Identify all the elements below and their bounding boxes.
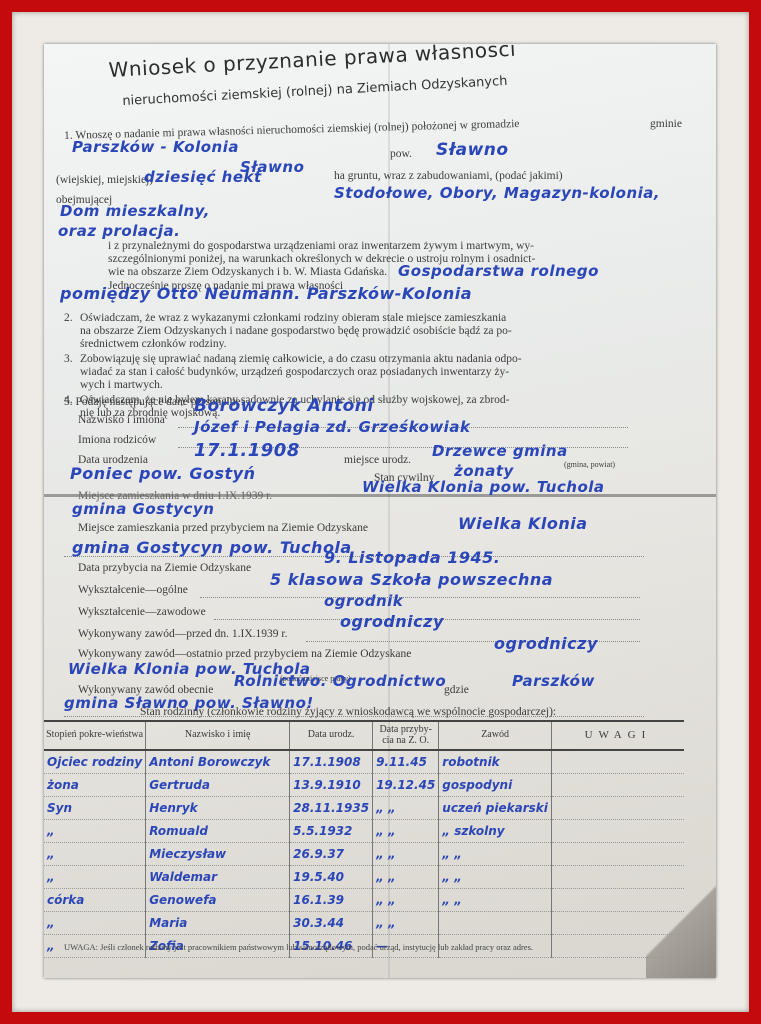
gminie-label: gminie xyxy=(650,118,682,130)
job-1939-label: Wykonywany zawód—przed dn. 1.IX.1939 r. xyxy=(78,628,287,640)
job-1939-value: ogrodniczy xyxy=(340,612,444,631)
family-cell xyxy=(551,797,684,820)
gdzie-value: Parszków xyxy=(512,672,595,690)
birth-date-value: 17.1.1908 xyxy=(194,440,300,461)
family-cell xyxy=(551,912,684,935)
family-cell: 9.11.45 xyxy=(373,750,439,774)
family-cell: Romuald xyxy=(146,820,290,843)
declaration-line: wych i martwych. xyxy=(80,379,163,391)
buildings-value-2: Dom mieszkalny, xyxy=(60,202,210,220)
family-cell: 16.1.39 xyxy=(290,889,373,912)
family-member-row: SynHenryk28.11.1935„ „uczeń piekarski xyxy=(44,797,684,820)
buildings-value-1: Stodołowe, Obory, Magazyn-kolonia, xyxy=(334,184,660,202)
birth-place-value-2: Poniec pow. Gostyń xyxy=(70,464,255,483)
name-label: Nazwisko i imiona xyxy=(78,414,165,426)
family-cell: 30.3.44 xyxy=(290,912,373,935)
family-cell: „ „ xyxy=(439,843,552,866)
family-cell: córka xyxy=(44,889,146,912)
job-now-value: Rolnictwo. Ogrodnictwo xyxy=(234,672,446,690)
family-cell: „ xyxy=(44,843,146,866)
section1-para-3: wie na obszarze Ziem Odzyskanych i b. W.… xyxy=(108,266,387,278)
area-suffix: ha gruntu, wraz z zabudowaniami, (podać … xyxy=(334,170,563,182)
family-member-row: żonaGertruda13.9.191019.12.45gospodyni xyxy=(44,774,684,797)
pow-label: pow. xyxy=(390,148,412,160)
family-table-body: Ojciec rodzinyAntoni Borowczyk17.1.19089… xyxy=(44,750,684,958)
family-cell: „ „ xyxy=(373,866,439,889)
column-header: Stopień pokre-wieństwa xyxy=(44,721,146,750)
family-member-row: córkaGenowefa16.1.39„ „„ „ xyxy=(44,889,684,912)
column-header: Data urodz. xyxy=(290,721,373,750)
residence-before-value-2: gmina Gostycyn pow. Tuchola xyxy=(72,538,352,557)
family-cell xyxy=(551,889,684,912)
family-cell: Waldemar xyxy=(146,866,290,889)
birth-place-note: (gmina, powiat) xyxy=(564,460,615,469)
family-table-header: Stopień pokre-wieństwaNazwisko i imięDat… xyxy=(44,721,684,750)
residence-1939-value: Wielka Klonia pow. Tuchola xyxy=(362,478,605,496)
family-cell xyxy=(551,820,684,843)
family-cell xyxy=(439,912,552,935)
declaration-number: 3. xyxy=(64,353,73,365)
family-cell: „ „ xyxy=(373,889,439,912)
family-cell: Ojciec rodziny xyxy=(44,750,146,774)
family-member-row: „Romuald5.5.1932„ „„ szkolny xyxy=(44,820,684,843)
name-value: Borowczyk Antoni xyxy=(194,396,374,416)
family-cell xyxy=(551,866,684,889)
declaration-line: wiadać za stan i całość budynków, urządz… xyxy=(80,366,509,378)
family-cell: „ xyxy=(44,912,146,935)
family-cell: Maria xyxy=(146,912,290,935)
family-member-row: „Waldemar19.5.40„ „„ „ xyxy=(44,866,684,889)
extra-value-1: Gospodarstwa rolnego xyxy=(398,262,599,280)
declaration-line: średnictwem członków rodziny. xyxy=(80,338,226,350)
family-cell: robotnik xyxy=(439,750,552,774)
declaration-number: 2. xyxy=(64,312,73,324)
family-cell xyxy=(551,750,684,774)
family-cell: uczeń piekarski xyxy=(439,797,552,820)
section1-para-1: i z przynależnymi do gospodarstwa urządz… xyxy=(108,240,534,252)
family-cell: 19.12.45 xyxy=(373,774,439,797)
arrival-label: Data przybycia na Ziemie Odzyskane xyxy=(78,562,251,574)
arrival-value: 9. Listopada 1945. xyxy=(324,548,500,567)
parents-value: Józef i Pelagia zd. Grześkowiak xyxy=(194,418,470,436)
family-cell: „ „ xyxy=(373,912,439,935)
document-subtitle: nieruchomości ziemskiej (rolnej) na Ziem… xyxy=(122,74,508,109)
uwaga-note: UWAGA: Jeśli członek rodziny jest pracow… xyxy=(64,942,533,952)
family-cell: Mieczysław xyxy=(146,843,290,866)
family-cell: 19.5.40 xyxy=(290,866,373,889)
family-cell: gospodyni xyxy=(439,774,552,797)
edu-general-label: Wykształcenie—ogólne xyxy=(78,584,188,596)
declaration-line: na obszarze Ziem Odzyskanych i nadane go… xyxy=(80,325,512,337)
family-cell: 5.5.1932 xyxy=(290,820,373,843)
extra-value-2: pomiędzy Otto Neumann. Parszków-Kolonia xyxy=(60,284,472,303)
edu-prof-value: ogrodnik xyxy=(324,592,403,610)
family-cell: „ xyxy=(44,820,146,843)
family-cell: Antoni Borowczyk xyxy=(146,750,290,774)
family-cell: „ szkolny xyxy=(439,820,552,843)
birth-place-value: Drzewce gmina xyxy=(432,442,568,460)
gromada-value: Parszków - Kolonia xyxy=(72,138,239,156)
residence-before-label: Miejsce zamieszkania przed przybyciem na… xyxy=(78,522,368,534)
column-header: Zawód xyxy=(439,721,552,750)
job-last-value: ogrodniczy xyxy=(494,634,598,653)
family-cell: 13.9.1910 xyxy=(290,774,373,797)
edu-general-line xyxy=(200,597,640,598)
family-cell: Genowefa xyxy=(146,889,290,912)
declaration-line: Oświadczam, że wraz z wykazanymi członka… xyxy=(80,312,506,324)
family-cell: Gertruda xyxy=(146,774,290,797)
birth-place-label: miejsce urodz. xyxy=(344,454,411,466)
pow-value: Sławno xyxy=(436,140,509,160)
column-header: Nazwisko i imię xyxy=(146,721,290,750)
residence-1939-value-2: gmina Gostycyn xyxy=(72,500,214,518)
family-cell: 28.11.1935 xyxy=(290,797,373,820)
gdzie-label: gdzie xyxy=(444,684,469,696)
family-cell: Syn xyxy=(44,797,146,820)
family-cell: żona xyxy=(44,774,146,797)
family-cell xyxy=(551,935,684,958)
family-cell: „ xyxy=(44,866,146,889)
family-cell: „ „ xyxy=(373,820,439,843)
family-heading: Stan rodzinny (członkowie rodziny żyjący… xyxy=(140,706,556,718)
column-header: UWAGI xyxy=(551,721,684,750)
parents-label: Imiona rodziców xyxy=(78,434,156,446)
job-last-label: Wykonywany zawód—ostatnio przed przybyci… xyxy=(78,648,411,660)
land-ownership-application-document: Wniosek o przyznanie prawa własnosci nie… xyxy=(44,44,716,978)
family-cell xyxy=(551,843,684,866)
wiejskiej-label: (wiejskiej, miejskiej) xyxy=(56,174,153,186)
family-cell: 17.1.1908 xyxy=(290,750,373,774)
family-cell: „ „ xyxy=(439,866,552,889)
edu-general-value: 5 klasowa Szkoła powszechna xyxy=(270,570,553,589)
residence-before-value: Wielka Klonia xyxy=(458,514,588,533)
family-cell: 26.9.37 xyxy=(290,843,373,866)
family-cell: „ „ xyxy=(439,889,552,912)
declaration-line: Zobowiązuję się uprawiać nadaną ziemię c… xyxy=(80,353,522,365)
family-member-row: Ojciec rodzinyAntoni Borowczyk17.1.19089… xyxy=(44,750,684,774)
family-cell: „ „ xyxy=(373,843,439,866)
family-members-table: Stopień pokre-wieństwaNazwisko i imięDat… xyxy=(44,720,684,958)
family-member-row: „Mieczysław26.9.37„ „„ „ xyxy=(44,843,684,866)
area-value: dziesięć hekt xyxy=(144,168,262,186)
buildings-value-3: oraz prolacja. xyxy=(58,222,180,240)
edu-prof-label: Wykształcenie—zawodowe xyxy=(78,606,206,618)
family-cell xyxy=(551,774,684,797)
family-cell: „ „ xyxy=(373,797,439,820)
family-cell: Henryk xyxy=(146,797,290,820)
family-member-row: „Maria30.3.44„ „ xyxy=(44,912,684,935)
column-header: Data przyby-cia na Z. O. xyxy=(373,721,439,750)
